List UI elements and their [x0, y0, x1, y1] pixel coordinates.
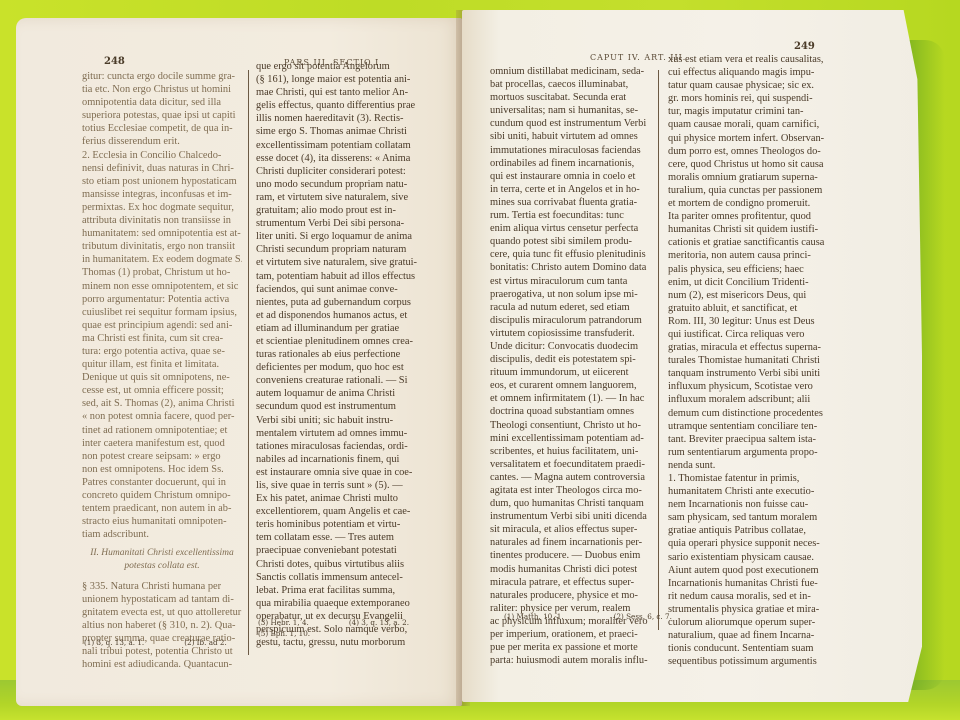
text-line: totius Ecclesiae competit, de qua in-	[82, 122, 242, 135]
column-2-text: xus est etiam vera et realis causalitas,…	[668, 53, 850, 668]
section-heading-line-1: II. Humanitati Christi excellentissima	[82, 547, 242, 560]
footnotes-left-col2: (3) Hebr. 1, 4. (4) 3, q. 13, a. 2. (5) …	[258, 618, 409, 640]
text-line: tant. Breviter praecipua saltem ista-	[668, 433, 850, 446]
text-line: etiam ad illuminandum per gratiae	[256, 322, 424, 335]
text-line: altius non haberet (§ 310, n. 2). Qua-	[82, 619, 242, 632]
text-line: humanitas Christi sit quidem iustifi-	[668, 223, 850, 236]
text-line: quia operari physice supponit neces-	[668, 537, 850, 550]
text-line: in humanitatem. Ex eodem dogmate S.	[82, 253, 242, 266]
text-line: unionem hypostaticam ad tantam di-	[82, 593, 242, 606]
footnotes-left-col1: (1) 3, q. 13, a. 1. (2) Ib. ad 2.	[84, 638, 227, 649]
text-line: praerogativa, ut non solum ipse mi-	[490, 288, 666, 301]
text-line: inter caetera manifestum est, quod	[82, 437, 242, 450]
text-line: non est omnipotens. Hoc idem Ss.	[82, 463, 242, 476]
text-line: naturalium, quae ad finem Incarna-	[668, 629, 850, 642]
text-line: Ita pariter omnes profitentur, quod	[668, 210, 850, 223]
text-line: Verbi sibi uniti; sic habuit instru-	[256, 414, 424, 427]
text-line: cuiuslibet rei sequitur formam ipsius,	[82, 306, 242, 319]
text-line: bonitatis: Christo autem Domino data	[490, 261, 666, 274]
text-line: tanquam instrumento Verbi sibi uniti	[668, 367, 850, 380]
text-line: demum cum distinctione procedentes	[668, 407, 850, 420]
text-line: 2. Ecclesia in Concilio Chalcedo-	[82, 149, 242, 162]
text-line: mini excellentissimam potentiam ad-	[490, 432, 666, 445]
text-line: quando potest sibi similem produ-	[490, 235, 666, 248]
text-line: quitur illam, est finita et limitata.	[82, 358, 242, 371]
text-line: (§ 161), longe maior est potentia ani-	[256, 73, 424, 86]
text-line: et virtutem sive naturalem, sive gratui-	[256, 256, 424, 269]
text-line: Denique ut quis sit omnipotens, ne-	[82, 371, 242, 384]
text-line: liter uniti. Si ergo loquamur de anima	[256, 230, 424, 243]
text-line: qua mirabilia quaeque extemporaneo	[256, 597, 424, 610]
text-line: et omnem infirmitatem (1). — In hac	[490, 392, 666, 405]
footnotes-right-col1: (1) Matth. 10, 1. (2) Sess. 6, c. 7.	[504, 612, 672, 623]
text-line: modis humanitas Christi dici potest	[490, 563, 666, 576]
section-heading-line-2: potestas collata est.	[82, 560, 242, 573]
text-line: culorum aliorumque operum super-	[668, 616, 850, 629]
text-line: omnium distillabat medicinam, seda-	[490, 65, 666, 78]
text-line: per imperium, orationem, et praeci-	[490, 628, 666, 641]
text-line: nenda sunt.	[668, 459, 850, 472]
text-line: tur, magis imputatur crimini tan-	[668, 105, 850, 118]
text-line: gratuitam; alio modo prout est in-	[256, 204, 424, 217]
text-line: naturales producere, physice et mo-	[490, 589, 666, 602]
text-line: Unde dicitur: Convocatis duodecim	[490, 340, 666, 353]
text-line: tatur quam causae physicae; sic ex.	[668, 79, 850, 92]
text-line: influxum moralem adscribunt; alii	[668, 393, 850, 406]
footnote: (2) Ib. ad 2.	[184, 638, 227, 647]
footnote: (5) Eph. 1, 10.	[258, 629, 310, 638]
text-line: tionis conducunt. Sententiam suam	[668, 642, 850, 655]
text-line: enim aliqua virtus censetur perfecta	[490, 222, 666, 235]
footnote: (2) Sess. 6, c. 7.	[614, 612, 672, 621]
column-2-text: que ergo sit potentia Angelorum(§ 161), …	[256, 60, 424, 649]
text-line: ferius disserendum erit.	[82, 135, 242, 148]
text-line: sario existentiam physicam causae.	[668, 551, 850, 564]
text-line: ordinabiles ad finem incarnationis,	[490, 157, 666, 170]
text-line: qui iustificat. Circa reliquas vero	[668, 328, 850, 341]
text-line: discipulis, dedit eis potestatem spi-	[490, 353, 666, 366]
text-line: « non potest omnia facere, quod per-	[82, 410, 242, 423]
right-page: CAPUT IV. ART. III. 249 omnium distillab…	[462, 10, 922, 702]
text-line: cesse est, ut omnia efficere possit;	[82, 384, 242, 397]
text-line: rituum immundorum, ut eiicerent	[490, 366, 666, 379]
text-line: mines sua corrivabat fluenta gratia-	[490, 196, 666, 209]
text-line: gr. mors hominis rei, qui suspendi-	[668, 92, 850, 105]
text-line: praecipuae conveniebant potestati	[256, 544, 424, 557]
text-line: sto etiam post unionem hypostaticam	[82, 175, 242, 188]
text-line: Christi secundum propriam naturam	[256, 243, 424, 256]
text-line: instrumentum Verbi sibi uniti dicenda	[490, 510, 666, 523]
text-line: enim, ut dicit Concilium Tridenti-	[668, 276, 850, 289]
text-line: lebat. Prima erat facilitas summa,	[256, 584, 424, 597]
text-line: tentem praedicant, non autem in ab-	[82, 502, 242, 515]
text-line: gitur: cuncta ergo docile summe gra-	[82, 70, 242, 83]
text-line: cere, quia tunc fit effusio plenitudinis	[490, 248, 666, 261]
text-line: que ergo sit potentia Angelorum	[256, 60, 424, 73]
text-line: quam causae morali, quam carnifici,	[668, 118, 850, 131]
text-line: attributa divinitatis non transiisse in	[82, 214, 242, 227]
text-line: esse docet (4), ita disserens: « Anima	[256, 152, 424, 165]
text-line: xus est etiam vera et realis causalitas,	[668, 53, 850, 66]
text-line: porro argumentatur: Potentia activa	[82, 293, 242, 306]
right-page-column-1: omnium distillabat medicinam, seda-bat p…	[490, 65, 666, 667]
text-line: ma Christi est finita, cum sit crea-	[82, 332, 242, 345]
text-line: est virtus miraculorum cum tanta	[490, 275, 666, 288]
text-line: mae Christi, qui est tanto melior An-	[256, 86, 424, 99]
text-line: et scientiae plenitudinem omnes crea-	[256, 335, 424, 348]
text-line: teris hominibus potentiam et virtu-	[256, 518, 424, 531]
text-line: tiam adscribunt.	[82, 528, 242, 541]
text-line: Ex his patet, animae Christi multo	[256, 492, 424, 505]
text-line: cundum quod est instrumentum Verbi	[490, 117, 666, 130]
text-line: sam physicam, sed tantum moralem	[668, 511, 850, 524]
text-line: deficientes per modum, quo hoc est	[256, 361, 424, 374]
text-line: versalitatem et foecunditatem praedi-	[490, 458, 666, 471]
text-line: Patres constanter docuerunt, qui in	[82, 476, 242, 489]
text-line: stracto eius humanitati omnipoten-	[82, 515, 242, 528]
text-line: parta: huiusmodi autem moralis influ-	[490, 654, 666, 667]
column-1-text: gitur: cuncta ergo docile summe gra-tia …	[82, 70, 242, 541]
text-line: permixtas. Ex hoc dogmate sequitur,	[82, 201, 242, 214]
text-line: cui effectus aliquando magis impu-	[668, 66, 850, 79]
column-rule	[248, 70, 249, 655]
text-line: turales Thomistae humanitati Christi	[668, 354, 850, 367]
text-line: mentalem virtutem ad omnes immu-	[256, 427, 424, 440]
text-line: eos, et curarent omnem languorem,	[490, 379, 666, 392]
text-line: superiora potestas, quae ipsi ut capiti	[82, 109, 242, 122]
text-line: discipulis miraculorum patrandorum	[490, 314, 666, 327]
text-line: qui est instaurare omnia in coelo et	[490, 170, 666, 183]
text-line: gnitatem evecta est, ut quo attolleretur	[82, 606, 242, 619]
text-line: gratuito abluit, et sanctificat, et	[668, 302, 850, 315]
text-line: Christi dupliciter considerari potest:	[256, 165, 424, 178]
text-line: tinentes producere. — Duobus enim	[490, 549, 666, 562]
text-line: Aiunt autem quod post executionem	[668, 564, 850, 577]
column-1-text-after-heading: § 335. Natura Christi humana perunionem …	[82, 580, 242, 672]
text-line: virtutem copiosissime transfuderit.	[490, 327, 666, 340]
text-line: et ad disponendos humanos actus, et	[256, 309, 424, 322]
text-line: rit nedum causa moralis, sed et in-	[668, 590, 850, 603]
text-line: naturales ad finem incarnationis per-	[490, 536, 666, 549]
text-line: secundum quod est instrumentum	[256, 400, 424, 413]
text-line: rum sententiarum argumenta propo-	[668, 446, 850, 459]
text-line: rum. Tertia est foecunditas: tunc	[490, 209, 666, 222]
text-line: § 335. Natura Christi humana per	[82, 580, 242, 593]
text-line: sequentibus potissimum argumentis	[668, 655, 850, 668]
footnote: (3) Hebr. 1, 4.	[258, 618, 309, 627]
text-line: nientes, puta ad gubernandum corpus	[256, 296, 424, 309]
text-line: nensi definivit, duas naturas in Chri-	[82, 162, 242, 175]
text-line: illis nomen haereditavit (3). Rectis-	[256, 112, 424, 125]
footnote: (1) Matth. 10, 1.	[504, 612, 564, 621]
text-line: doctrina quoad substantiam omnes	[490, 405, 666, 418]
text-line: excellentissimam potentiam collatam	[256, 139, 424, 152]
left-page-column-2: que ergo sit potentia Angelorum(§ 161), …	[256, 60, 424, 649]
text-line: sime ergo S. Thomas animae Christi	[256, 125, 424, 138]
text-line: Rom. III, 30 legitur: Unus est Deus	[668, 315, 850, 328]
text-line: ram, et virtutem sive naturalem, sive	[256, 191, 424, 204]
right-page-column-2: xus est etiam vera et realis causalitas,…	[668, 53, 850, 668]
text-line: tia etc. Non ergo Christus ut homini	[82, 83, 242, 96]
text-line: tam, potentiam habuit ad illos effectus	[256, 270, 424, 283]
text-line: moralis omnium gratiarum superna-	[668, 171, 850, 184]
text-line: gelis effectus, quanto differentius prae	[256, 99, 424, 112]
text-line: faciendos, qui sunt animae conve-	[256, 283, 424, 296]
text-line: homini est adiudicanda. Quantacun-	[82, 658, 242, 671]
text-line: turalium, quia cunctas per passionem	[668, 184, 850, 197]
text-line: strumentum Verbi Dei sibi persona-	[256, 217, 424, 230]
text-line: strumentalis physica gratiae et mira-	[668, 603, 850, 616]
text-line: nabiles ad incarnationis finem, qui	[256, 453, 424, 466]
text-line: quae est principium agendi: sed ani-	[82, 319, 242, 332]
text-line: gratiae antiquis Patribus collatae,	[668, 524, 850, 537]
text-line: Thomas (1) probat, Christum ut ho-	[82, 266, 242, 279]
text-line: meritoria, non autem causa princi-	[668, 249, 850, 262]
text-line: lis, sive quae in terris sunt » (5). —	[256, 479, 424, 492]
text-line: dum porro est, omnes Theologos do-	[668, 145, 850, 158]
text-line: minem non esse omnipotentem, et sic	[82, 280, 242, 293]
left-page-column-1: gitur: cuncta ergo docile summe gra-tia …	[82, 70, 242, 671]
page-number-right: 249	[794, 41, 815, 52]
text-line: tributum divinitatis, ergo non transiit	[82, 240, 242, 253]
text-line: dum, quo humanitas Christi tanquam	[490, 497, 666, 510]
text-line: Incarnationis humanitas Christi fue-	[668, 577, 850, 590]
text-line: immutationes miraculosas faciendas	[490, 144, 666, 157]
footnote: (1) 3, q. 13, a. 1.	[84, 638, 144, 647]
text-line: Theologi consentiunt, Christo ut ho-	[490, 419, 666, 432]
text-line: tem collatam esse. — Tres autem	[256, 531, 424, 544]
text-line: agitata est inter Theologos circa mo-	[490, 484, 666, 497]
text-line: et mortem de condigno promeruit.	[668, 197, 850, 210]
text-line: cere, quod Christus ut homo sit causa	[668, 158, 850, 171]
text-line: mansisse integras, inconfusas et im-	[82, 188, 242, 201]
column-rule	[658, 70, 659, 630]
text-line: bat procellas, caecos illuminabat,	[490, 78, 666, 91]
text-line: utramque sententiam conciliare ten-	[668, 420, 850, 433]
text-line: 1. Thomistae fatentur in primis,	[668, 472, 850, 485]
text-line: tationes miraculosas faciendas, ordi-	[256, 440, 424, 453]
text-line: Christi dotes, quibus virtutibus aliis	[256, 558, 424, 571]
text-line: influxum physicum, Scotistae vero	[668, 380, 850, 393]
page-number-left: 248	[104, 56, 125, 67]
text-line: conveniens creaturae rationali. — Si	[256, 374, 424, 387]
text-line: qui physice mortem infert. Observan-	[668, 132, 850, 145]
text-line: universalitas; nam si humanitas, se-	[490, 104, 666, 117]
text-line: cationis et gratiae sanctificantis causa	[668, 236, 850, 249]
footnote: (4) 3, q. 13, a. 2.	[349, 618, 409, 627]
text-line: turas rationales ab eius perfectione	[256, 348, 424, 361]
column-1-text: omnium distillabat medicinam, seda-bat p…	[490, 65, 666, 667]
text-line: gratias, miracula et effectus superna-	[668, 341, 850, 354]
text-line: nem Incarnationis non fuisse cau-	[668, 498, 850, 511]
text-line: scribentes, et huius facilitatem, uni-	[490, 445, 666, 458]
text-line: autem loquamur de anima Christi	[256, 387, 424, 400]
text-line: tura: ergo potentia activa, quae se-	[82, 345, 242, 358]
text-line: Sanctis collatis immensum antecel-	[256, 571, 424, 584]
text-line: miracula patrare, et effectus super-	[490, 576, 666, 589]
text-line: est instaurare omnia sive quae in coe-	[256, 466, 424, 479]
text-line: palis physica, seu efficiens; haec	[668, 263, 850, 276]
text-line: mortuos suscitabat. Secunda erat	[490, 91, 666, 104]
left-page: 248 PARS III. SECTIO I. gitur: cuncta er…	[16, 18, 462, 706]
text-line: tinet ad rationem omnipotentiae; et	[82, 424, 242, 437]
text-line: pue per merita ex passione et morte	[490, 641, 666, 654]
text-line: concreto quidem Christum omnipo-	[82, 489, 242, 502]
text-line: sibi uniti, habuit virtutem ad omnes	[490, 130, 666, 143]
text-line: humanitatem: sed omnipotentia est at-	[82, 227, 242, 240]
text-line: in terra, certe et in Angelos et in ho-	[490, 183, 666, 196]
text-line: num (2), est misericors Deus, qui	[668, 289, 850, 302]
text-line: excellentiorem, quam Angelis et cae-	[256, 505, 424, 518]
text-line: uno modo secundum propriam natu-	[256, 178, 424, 191]
text-line: omnipotentia data dicitur, sed illa	[82, 96, 242, 109]
text-line: non potest creare seipsam: » ergo	[82, 450, 242, 463]
text-line: humanitatem Christi ante executio-	[668, 485, 850, 498]
text-line: racula ad nutum ederet, sed etiam	[490, 301, 666, 314]
text-line: sed, ait S. Thomas (2), anima Christi	[82, 397, 242, 410]
text-line: cantes. — Magna autem controversia	[490, 471, 666, 484]
text-line: sit miracula, et alios effectus super-	[490, 523, 666, 536]
